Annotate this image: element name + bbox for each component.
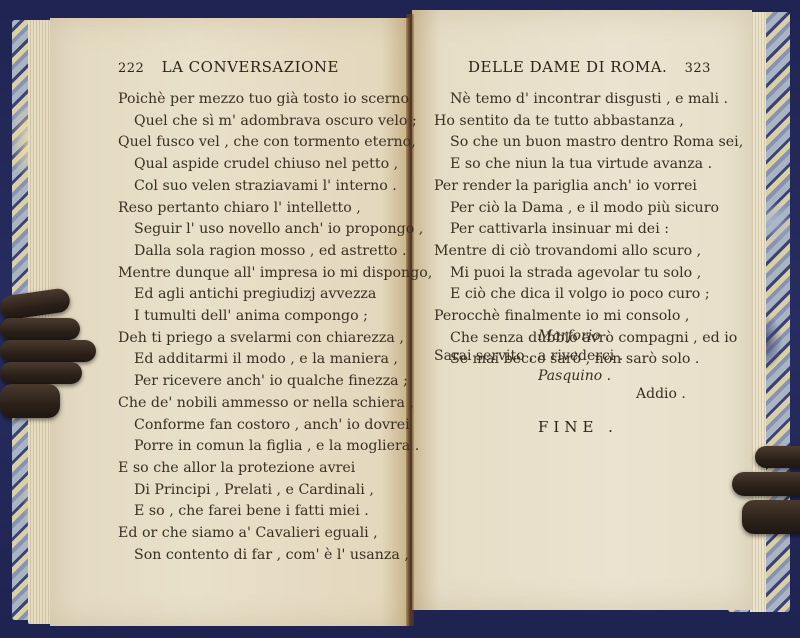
verse-line: Col suo velen straziavami l' interno . (118, 176, 432, 198)
verse-line: Conforme fan costoro , anch' io dovrei (118, 415, 432, 437)
verse-line: So che un buon mastro dentro Roma sei, (434, 132, 743, 154)
verse-line: Ed additarmi il modo , e la maniera , (118, 349, 432, 371)
verse-line: Mentre di ciò trovandomi allo scuro , (434, 241, 743, 263)
speaker-pasquino: Pasquino . (538, 368, 611, 384)
verse-line: Nè temo d' incontrar disgusti , e mali . (434, 89, 743, 111)
verse-line: Perocchè finalmente io mi consolo , (434, 306, 743, 328)
verse-line: Per render la pariglia anch' io vorrei (434, 176, 743, 198)
verse-line: Ed agli antichi pregiudizj avvezza (118, 284, 432, 306)
verse-line: Poichè per mezzo tuo già tosto io scerno (118, 89, 432, 111)
verse-line: Ho sentito da te tutto abbastanza , (434, 111, 743, 133)
verse-line: Porre in comun la figlia , e la mogliera… (118, 436, 432, 458)
verse-line: Per ciò la Dama , e il modo più sicuro (434, 198, 743, 220)
left-running-head-text: LA CONVERSAZIONE (162, 58, 339, 76)
verse-line: Reso pertanto chiaro l' intelletto , (118, 198, 432, 220)
verse-line: I tumulti dell' anima compongo ; (118, 306, 432, 328)
verse-line: Qual aspide crudel chiuso nel petto , (118, 154, 432, 176)
verse-line: Son contento di far , com' è l' usanza , (118, 545, 432, 567)
verse-line: Ed or che siamo a' Cavalieri eguali , (118, 523, 432, 545)
verse-line: Che de' nobili ammesso or nella schiera … (118, 393, 432, 415)
verse-line: E so , che farei bene i fatti miei . (118, 501, 432, 523)
end-mark: FINE . (538, 418, 618, 436)
verse-line: E ciò che dica il volgo io poco curo ; (434, 284, 743, 306)
closing-line: Sarai servito , a rivederci . (434, 348, 623, 364)
verse-line: Di Principi , Prelati , e Cardinali , (118, 480, 432, 502)
left-running-head: 222 LA CONVERSAZIONE (118, 58, 339, 76)
verse-line: Dalla sola ragion mosso , ed astretto . (118, 241, 432, 263)
farewell-text: Addio . (636, 386, 686, 402)
verse-line: Mi puoi la strada agevolar tu solo , (434, 263, 743, 285)
speaker-marforio: Marforio . (538, 328, 609, 344)
verse-line: Quel che sì m' adombrava oscuro velo ; (118, 111, 432, 133)
right-running-head: DELLE DAME DI ROMA. 323 (468, 58, 711, 76)
verse-line: Seguir l' uso novello anch' io propongo … (118, 219, 432, 241)
left-page-verses: Poichè per mezzo tuo già tosto io scerno… (118, 89, 432, 566)
right-running-head-text: DELLE DAME DI ROMA. (468, 58, 667, 76)
verse-line: Per cattivarla insinuar mi dei : (434, 219, 743, 241)
verse-line: E so che allor la protezione avrei (118, 458, 432, 480)
right-page-number: 323 (685, 61, 711, 76)
left-page-number: 222 (118, 61, 144, 76)
verse-line: E so che niun la tua virtude avanza . (434, 154, 743, 176)
verse-line: Per ricevere anch' io qualche finezza ; (118, 371, 432, 393)
verse-line: Deh ti priego a svelarmi con chiarezza , (118, 328, 432, 350)
verse-line: Mentre dunque all' impresa io mi dispong… (118, 263, 432, 285)
verse-line: Quel fusco vel , che con tormento eterno… (118, 132, 432, 154)
